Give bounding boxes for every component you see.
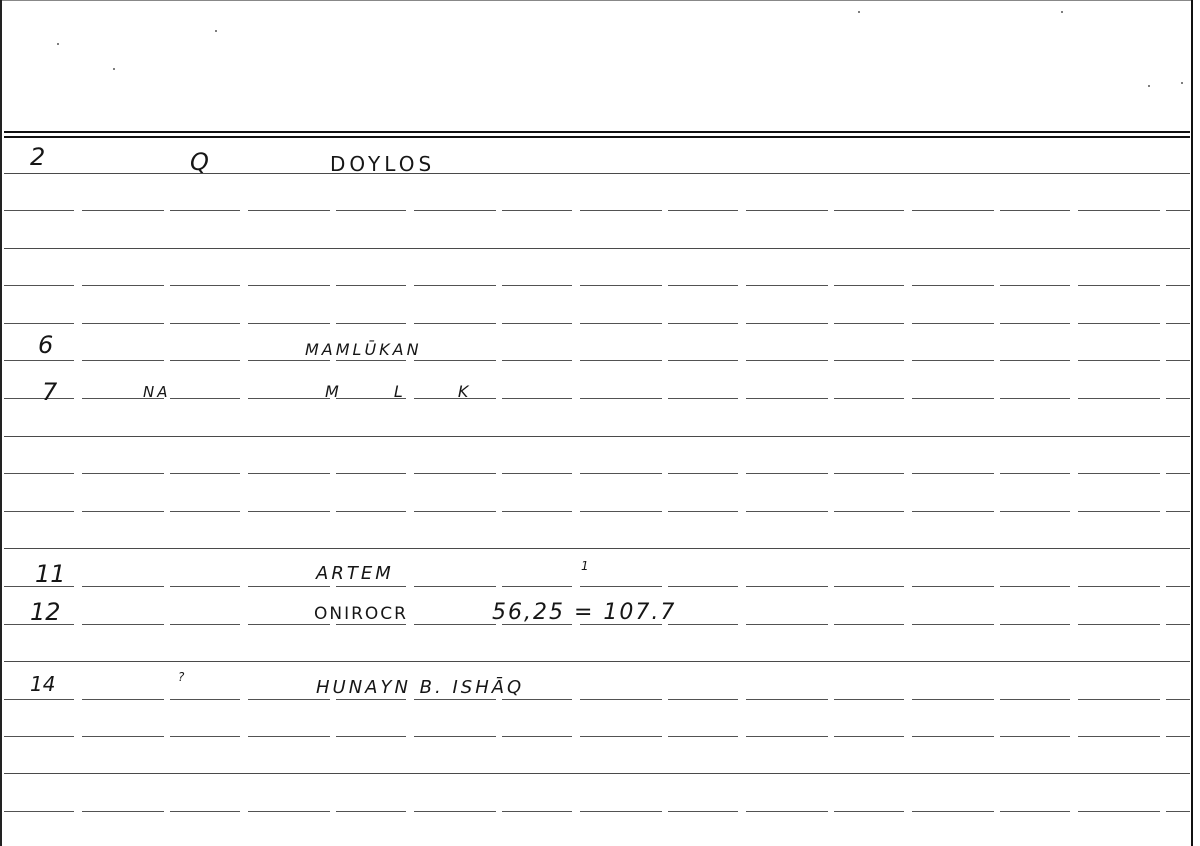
scan-speck (215, 30, 217, 32)
index-card: 2 Q DOYLOS 6 MAMLŪKAN 7 NA M L K 11 ARTE… (0, 0, 1200, 846)
entry-text: ARTEM (316, 563, 394, 584)
entry-line-number: 11 (35, 560, 66, 588)
entry-text: ONIROCR (314, 604, 408, 624)
scan-speck (1181, 82, 1183, 84)
scan-speck (858, 11, 860, 13)
entry-text: DOYLOS (330, 152, 435, 176)
ruled-line (4, 436, 1190, 437)
scan-speck (57, 43, 59, 45)
ruled-line (4, 360, 1190, 361)
ruled-line (4, 773, 1190, 774)
card-left-edge (0, 0, 2, 846)
scan-speck (1061, 11, 1063, 13)
ruled-line (4, 699, 1190, 700)
ruled-line (4, 473, 1190, 474)
ruled-line (4, 548, 1190, 549)
entry-line-number: 7 (42, 378, 57, 406)
entry-note: 1 (581, 559, 589, 573)
ruled-line (4, 285, 1190, 286)
entry-text: MAMLŪKAN (305, 340, 422, 359)
ruled-line (4, 511, 1190, 512)
entry-column-2: Q (190, 148, 209, 176)
header-rule-top (4, 131, 1190, 133)
scan-speck (113, 68, 115, 70)
ruled-line (4, 323, 1190, 324)
entry-line-number: 14 (30, 672, 55, 696)
ruled-line (4, 661, 1190, 662)
entry-column-2: ? (178, 670, 184, 684)
ruled-line (4, 811, 1190, 812)
ruled-line (4, 736, 1190, 737)
entry-value: 56,25 = 107.7 (492, 600, 676, 625)
ruled-line (4, 248, 1190, 249)
entry-line-number: 6 (38, 331, 53, 359)
ruled-line (4, 210, 1190, 211)
entry-text: M L K (325, 382, 468, 401)
card-right-edge (1191, 0, 1200, 846)
ruled-line (4, 586, 1190, 587)
entry-line-number: 12 (30, 598, 61, 626)
scan-speck (1148, 85, 1150, 87)
card-top-edge (0, 0, 1200, 1)
entry-line-number: 2 (30, 143, 45, 171)
entry-column-2: NA (143, 383, 170, 401)
entry-text: HUNAYN B. ISHĀQ (316, 677, 524, 698)
ruled-line (4, 398, 1190, 399)
header-rule-bottom (4, 136, 1190, 138)
ruled-line (4, 173, 1190, 174)
